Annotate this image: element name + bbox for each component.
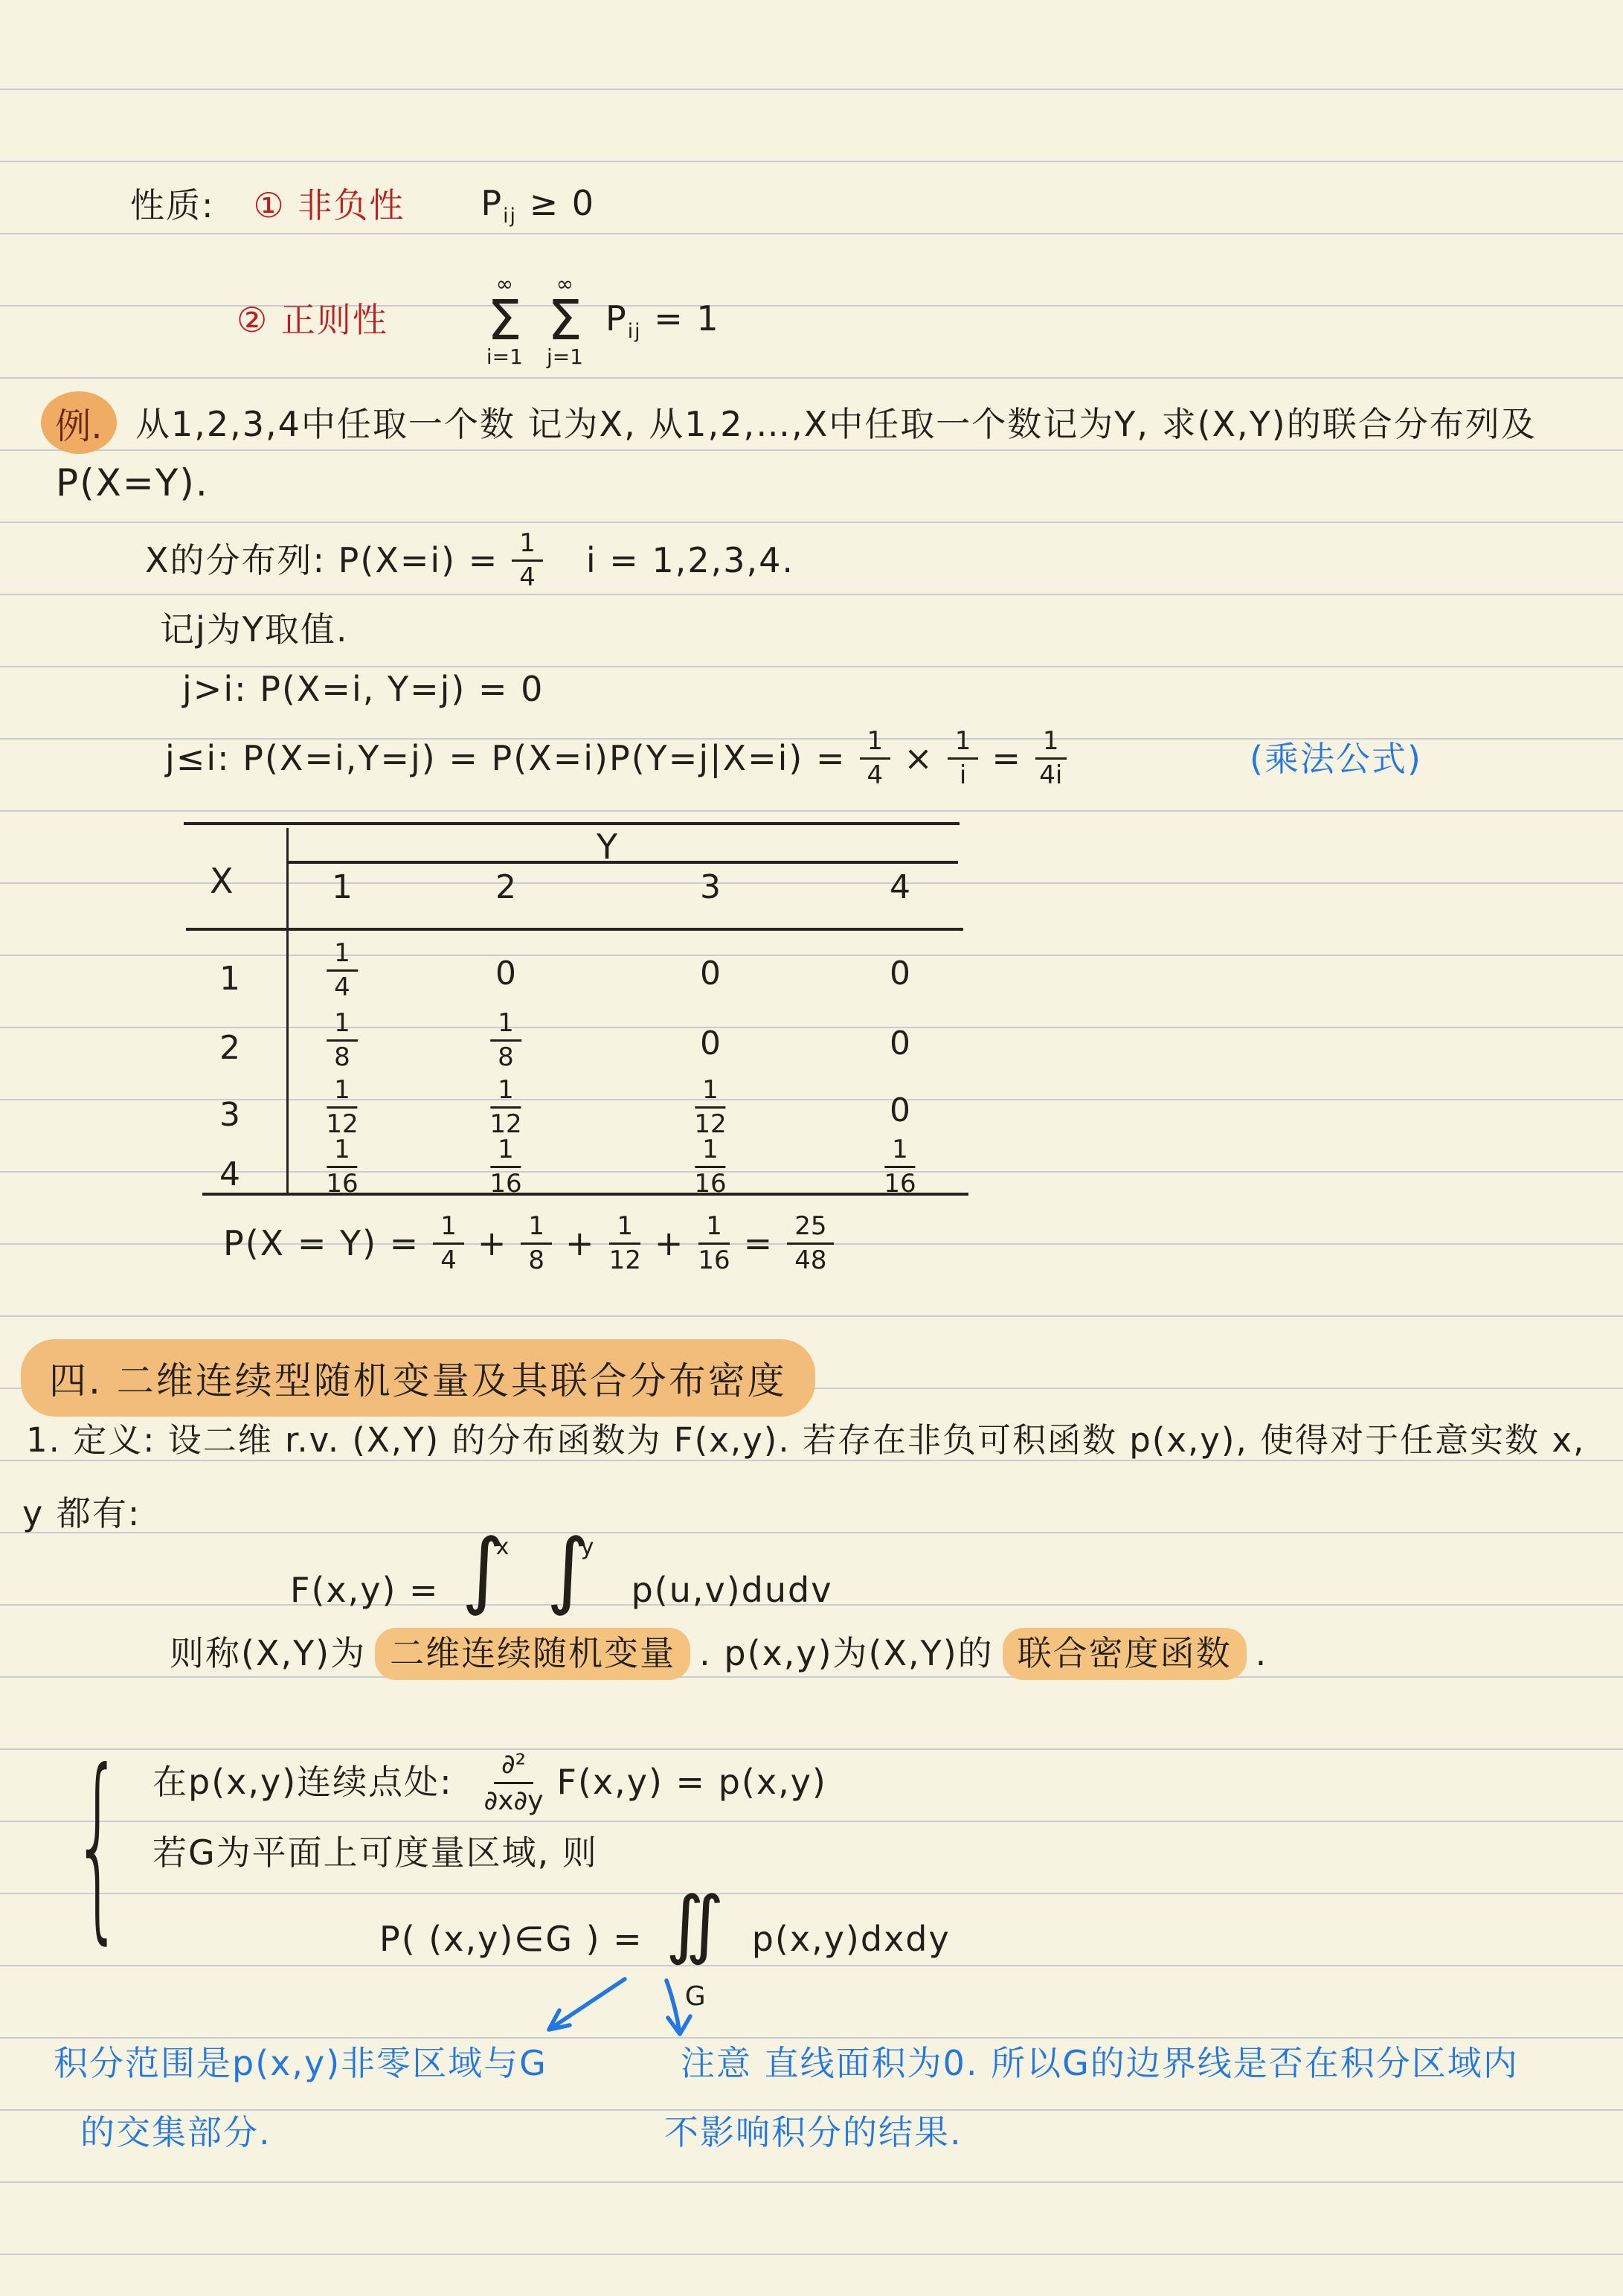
fraction: 112: [489, 1077, 521, 1139]
numerator: 1: [695, 1077, 726, 1109]
fraction-1-4i: 1 4i: [1035, 728, 1067, 790]
sigma-icon: Σ: [547, 295, 582, 347]
fraction-1-i: 1 i: [948, 728, 979, 790]
arrow-left-icon: [549, 1979, 625, 2030]
conclusion-part1: 则称(X,Y)为: [170, 1632, 366, 1675]
case-j-lessequal: j≤i: P(X=i,Y=j) = P(X=i)P(Y=j|X=i) = 1 4…: [165, 728, 1071, 790]
table-cell: 116: [485, 1136, 526, 1199]
denominator: 8: [498, 1042, 514, 1071]
fraction-1-4: 1 4: [860, 728, 891, 790]
p-subscript: ij: [503, 205, 517, 228]
fraction-total: 2548: [787, 1213, 834, 1275]
denominator: 4: [867, 760, 884, 789]
table-top-line: [184, 822, 960, 825]
annotation-arrows: [521, 1973, 714, 2048]
left-brace: {: [73, 1745, 123, 1946]
region-rhs: p(x,y)dxdy: [752, 1918, 951, 1961]
denominator: ∂x∂y: [484, 1784, 544, 1816]
table-cell: 116: [690, 1136, 730, 1199]
definition-line1: 1. 定义: 设二维 r.v. (X,Y) 的分布函数为 F(x,y). 若存在…: [26, 1420, 1585, 1461]
denominator: 48: [794, 1245, 826, 1274]
definition-line2: y 都有:: [22, 1492, 141, 1536]
fraction: 116: [489, 1136, 521, 1199]
dist-domain: i = 1,2,3,4.: [586, 539, 794, 583]
sum-lower-limit: i=1: [486, 347, 523, 368]
table-bottom-line: [202, 1193, 968, 1196]
numerator: 1: [884, 1136, 916, 1168]
table-cell: 112: [690, 1077, 730, 1139]
sigma-icon: Σ: [487, 295, 522, 347]
table-cell: 18: [486, 1010, 526, 1072]
numerator: 1: [433, 1213, 464, 1245]
partial-derivative-fraction: ∂² ∂x∂y: [484, 1750, 544, 1815]
sum-over-i: ∞ Σ i=1: [486, 274, 523, 368]
density-property-line2: 若G为平面上可度量区域, 则: [152, 1832, 598, 1875]
left-annotation-line1: 积分范围是p(x,y)非零区域与G: [54, 2042, 547, 2085]
col-label: 3: [700, 868, 721, 906]
properties-line2: ② 正则性 ∞ Σ i=1 ∞ Σ j=1 Pij = 1: [237, 274, 720, 368]
notebook-page: { "page": { "paper_color": "#f6f3e1", "r…: [0, 0, 1623, 2296]
continuity-suffix: F(x,y) = p(x,y): [557, 1761, 827, 1804]
table-cell: 14: [322, 940, 362, 1002]
double-integral-icon: ∬: [666, 1887, 724, 1961]
plus-sign: +: [565, 1222, 596, 1266]
fraction: 14: [433, 1213, 464, 1275]
problem-text-line1: 从1,2,3,4中任取一个数 记为X, 从1,2,…,X中任取一个数记为Y, 求…: [135, 403, 1537, 446]
x-distribution-line: X的分布列: P(X=i) = 1 4 i = 1,2,3,4.: [145, 530, 794, 592]
fraction-1-4: 1 4: [512, 530, 543, 592]
integral-x: ∫ x -∞: [462, 1539, 518, 1643]
p-symbol: P: [481, 183, 503, 223]
numerator: 25: [787, 1213, 834, 1245]
fraction: 116: [694, 1136, 726, 1199]
table-cell: 112: [321, 1077, 362, 1139]
fraction: 116: [884, 1136, 916, 1199]
numerator: 1: [327, 1077, 358, 1109]
distribution-function-formula: F(x,y) = ∫ x -∞ ∫ y -∞ p(u,v)dudv: [290, 1539, 832, 1643]
continuity-prefix: 在p(x,y)连续点处:: [152, 1761, 453, 1804]
right-annotation-line2: 不影响积分的结果.: [664, 2111, 962, 2155]
row-label: 2: [219, 1029, 240, 1067]
plus-sign: +: [478, 1222, 508, 1266]
section-heading: 四. 二维连续型随机变量及其联合分布密度: [21, 1339, 815, 1417]
arrow-right-icon: [666, 1981, 690, 2034]
denominator: 16: [698, 1245, 730, 1274]
table-cell: 116: [879, 1136, 920, 1199]
table-cell: 0: [495, 955, 516, 993]
fraction: 14: [327, 940, 358, 1002]
numerator: 1: [512, 530, 543, 562]
denominator: 4: [440, 1245, 457, 1274]
result-line: P(X = Y) = 14 + 18 + 112 + 116 = 2548: [223, 1213, 838, 1275]
numerator: 1: [1035, 728, 1067, 760]
fraction: 18: [521, 1213, 552, 1275]
note-j: 记j为Y取值.: [160, 609, 349, 652]
col-label: 2: [495, 868, 516, 906]
col-label: 1: [332, 868, 353, 906]
numerator: 1: [609, 1213, 640, 1245]
numerator: 1: [860, 728, 891, 760]
denominator: 4: [519, 562, 536, 591]
sum-over-j: ∞ Σ j=1: [547, 274, 583, 368]
conclusion-part3: .: [1256, 1632, 1268, 1675]
density-property-line1: 在p(x,y)连续点处: ∂² ∂x∂y F(x,y) = p(x,y): [152, 1750, 827, 1815]
table-cell: 18: [322, 1010, 362, 1072]
region-probability-formula: P( (x,y)∈G ) = ∬ G p(x,y)dxdy: [379, 1899, 951, 1981]
integrand: p(u,v)dudv: [631, 1569, 833, 1612]
integral-y: ∫ y -∞: [547, 1539, 603, 1643]
table-cell: 0: [700, 1024, 721, 1062]
right-annotation-line1: 注意 直线面积为0. 所以G的边界线是否在积分区域内: [681, 2042, 1519, 2085]
col-label: 4: [890, 868, 910, 906]
method-note: (乘法公式): [1250, 738, 1422, 781]
relation: = 1: [654, 298, 719, 339]
row-label: 4: [219, 1155, 240, 1193]
example-badge: 例.: [41, 391, 117, 454]
problem-text-line2: P(X=Y).: [56, 460, 209, 507]
nonnegativity-formula: Pij ≥ 0: [481, 182, 595, 229]
upper-limit: x: [496, 1534, 510, 1560]
case-j-greater: j>i: P(X=i, Y=j) = 0: [182, 668, 544, 711]
left-annotation-line2: 的交集部分.: [80, 2111, 271, 2155]
numerator: 1: [490, 1077, 521, 1109]
table-cell: 116: [321, 1136, 362, 1199]
case2-prefix: j≤i: P(X=i,Y=j) = P(X=i)P(Y=j|X=i) =: [165, 737, 846, 780]
row-label: 3: [219, 1096, 240, 1134]
table-cell: 0: [700, 955, 721, 993]
denominator: 12: [609, 1245, 641, 1274]
numerator: ∂²: [494, 1750, 533, 1784]
region-lhs: P( (x,y)∈G ) =: [379, 1918, 643, 1961]
double-integral: ∬ G: [666, 1899, 730, 1981]
numerator: 1: [490, 1010, 521, 1042]
denominator: 8: [334, 1042, 350, 1071]
p-subscript: ij: [628, 320, 642, 343]
numerator: 1: [948, 728, 979, 760]
fraction: 112: [694, 1077, 726, 1139]
row-label: 1: [219, 960, 240, 998]
fraction: 116: [326, 1136, 358, 1199]
relation: ≥ 0: [530, 183, 595, 223]
normalization-formula: Pij = 1: [605, 298, 720, 344]
numerator: 1: [327, 940, 358, 972]
numerator: 1: [327, 1136, 358, 1168]
row-variable: X: [210, 861, 234, 901]
normalization-title: ② 正则性: [237, 299, 388, 342]
equals-sign: =: [744, 1222, 774, 1266]
table-header-underline: [186, 928, 963, 931]
p-symbol: P: [605, 298, 628, 339]
sum-lower-limit: j=1: [547, 347, 583, 368]
fraction: 112: [326, 1077, 358, 1139]
table-vertical-line: [286, 828, 289, 1194]
fraction: 18: [490, 1010, 521, 1072]
result-lhs: P(X = Y) =: [223, 1222, 420, 1266]
table-cell: 112: [485, 1077, 526, 1139]
term-continuous-rv: 二维连续随机变量: [375, 1628, 690, 1680]
fraction: 18: [327, 1010, 358, 1072]
numerator: 1: [698, 1213, 730, 1245]
equals-sign: =: [992, 737, 1022, 780]
conclusion-line: 则称(X,Y)为 二维连续随机变量 . p(x,y)为(X,Y)的 联合密度函数…: [170, 1628, 1267, 1680]
numerator: 1: [490, 1136, 521, 1168]
joint-distribution-table: Y X 1 2 3 4 1 14 0 0 0 2 18 18 0 0 3 112…: [184, 822, 972, 1202]
table-cell: 0: [890, 955, 910, 993]
formula-lhs: F(x,y) =: [290, 1569, 440, 1612]
upper-limit: y: [581, 1534, 594, 1560]
numerator: 1: [327, 1010, 358, 1042]
dist-prefix: X的分布列: P(X=i) =: [145, 539, 498, 583]
term-joint-density: 联合密度函数: [1003, 1628, 1247, 1680]
fraction: 112: [609, 1213, 641, 1275]
table-subheader-line: [286, 861, 958, 864]
numerator: 1: [521, 1213, 552, 1245]
properties-line1: 性质: ① 非负性 Pij ≥ 0: [130, 182, 595, 229]
times-sign: ×: [904, 737, 934, 780]
numerator: 1: [695, 1136, 726, 1168]
denominator: 8: [528, 1245, 544, 1274]
denominator: i: [960, 760, 966, 789]
plus-sign: +: [655, 1222, 685, 1266]
properties-label: 性质:: [130, 185, 215, 228]
nonnegativity-title: ① 非负性: [254, 185, 405, 228]
conclusion-part2: . p(x,y)为(X,Y)的: [699, 1632, 994, 1675]
table-cell: 0: [890, 1024, 910, 1062]
fraction: 116: [698, 1213, 730, 1275]
denominator: 4i: [1039, 760, 1062, 789]
denominator: 4: [334, 972, 350, 1001]
table-cell: 0: [890, 1091, 910, 1129]
